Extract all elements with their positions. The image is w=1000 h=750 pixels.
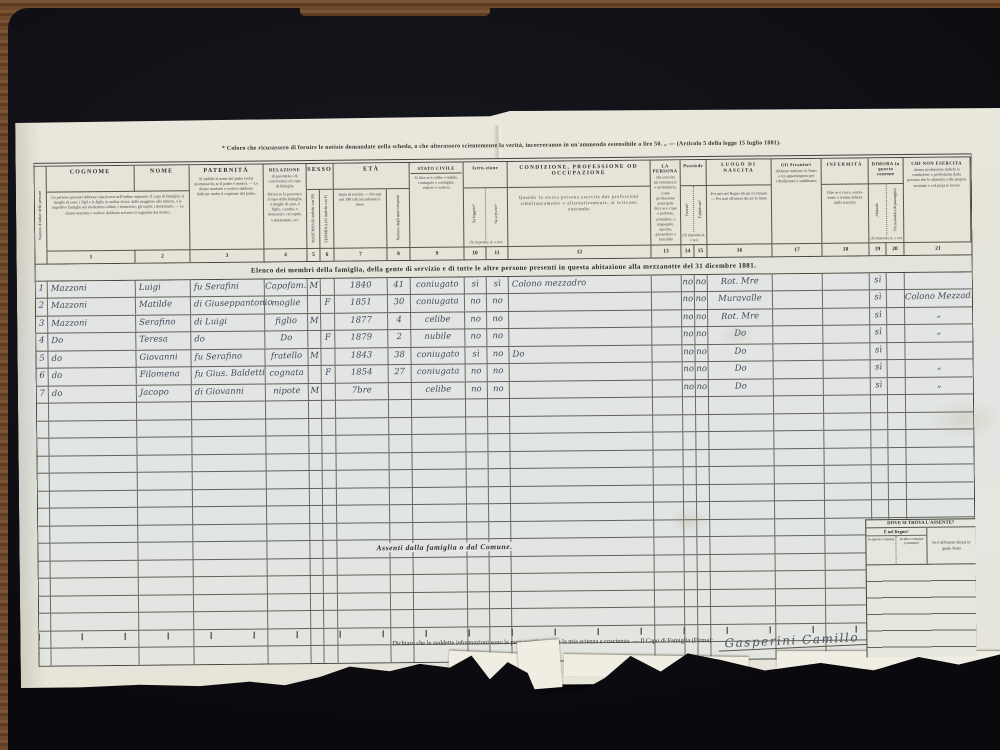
cell-f [324, 646, 338, 663]
cell-leggere: sì [465, 347, 487, 364]
cell-dim_occ [888, 448, 906, 465]
eta-anno-nascita: Anno di nascita — Pei nati nel 1881 dica… [334, 189, 388, 247]
cell-stato [413, 504, 467, 521]
sesso-title: SESSO [307, 165, 332, 174]
cell-infermita [824, 378, 871, 395]
cell-anno [337, 470, 390, 487]
cell-cognome [51, 578, 139, 595]
cell-fabbricati: no [695, 292, 708, 309]
cell-m [310, 506, 323, 523]
cell-relazione [268, 559, 311, 576]
cell-relazione [268, 611, 311, 628]
cell-f [321, 278, 335, 295]
cell-professione [511, 485, 654, 503]
colnum-21: 21 [904, 241, 971, 255]
cell-persona [652, 327, 682, 344]
col-numero-header: Numero d'ordine delle persone [35, 167, 48, 264]
cell-num [39, 649, 51, 666]
cell-num [38, 509, 50, 526]
cell-persona [654, 502, 684, 519]
cell-f [323, 506, 337, 523]
cell-luogo: Muravalle [708, 291, 773, 309]
cell-stranieri [775, 518, 825, 535]
cell-scrivere [489, 487, 511, 504]
cell-terreni: no [682, 275, 695, 292]
cell-f [322, 383, 336, 400]
cell-stato: nubile [411, 329, 465, 347]
cell-nome [138, 472, 193, 489]
cell-num [38, 526, 50, 543]
cell-m [310, 541, 323, 558]
relazione-subtitle: di parentela o di convivenza col capo di… [265, 172, 305, 190]
cell-anno [336, 400, 389, 417]
cell-terreni [685, 590, 698, 607]
cell-m [309, 366, 322, 383]
col-nome-header: NOME [135, 165, 190, 192]
cell-cognome: Do [48, 332, 136, 350]
cell-chi_non [905, 272, 972, 289]
cell-terreni [684, 502, 697, 519]
census-table: Numero d'ordine delle persone COGNOME NO… [34, 153, 977, 666]
cell-fabbricati [696, 397, 709, 414]
col-luogo-header: LUOGO DI NASCITA [707, 159, 772, 186]
cell-relazione: figlio [265, 313, 308, 330]
cell-stato [414, 609, 468, 626]
cell-infermita [824, 395, 871, 412]
cell-infermita [824, 430, 871, 447]
cell-paternita [193, 472, 267, 489]
cell-num: 7 [37, 386, 49, 403]
colnum-3: 3 [190, 248, 264, 262]
cell-anno: 1854 [336, 365, 389, 383]
dove-estero-label: Se è all'estero dicasi in quale Stato [927, 527, 975, 563]
cell-num [39, 579, 51, 596]
luogo-desc-cell: Pei nati nel Regno dicasi il comune — Pe… [707, 185, 773, 243]
cell-anno: 7bre [336, 382, 389, 400]
cell-nome [137, 420, 192, 437]
cell-paternita: fu Serafino [191, 349, 265, 367]
cell-dim_occ [888, 413, 906, 430]
cell-relazione [266, 436, 309, 453]
cell-stato: coniugato [411, 277, 465, 295]
cell-num [38, 491, 50, 508]
cell-cognome [50, 508, 138, 525]
cell-anno [338, 645, 391, 662]
cell-f [322, 453, 336, 470]
cell-chi_non: „ [905, 359, 972, 377]
cell-anno: 1851 [335, 295, 388, 313]
cell-nome: Giovanni [136, 349, 191, 367]
table-header: Numero d'ordine delle persone COGNOME NO… [35, 157, 972, 264]
sa-scrivere-cell: Sa scrivere? [486, 188, 508, 239]
colnum-5: 5 [307, 247, 320, 260]
cell-num [38, 474, 50, 491]
cell-dim_occ [888, 378, 906, 395]
cell-cognome: do [49, 367, 137, 385]
luogo-title: LUOGO DI NASCITA [708, 160, 770, 174]
cell-leggere [468, 609, 490, 626]
cell-persona [655, 572, 685, 589]
cell-scrivere [488, 434, 510, 451]
cell-num: 4 [36, 334, 48, 351]
cell-dim_ab [872, 500, 889, 517]
cell-stranieri [775, 501, 825, 518]
cell-cognome [51, 648, 139, 665]
cell-anni [389, 400, 412, 417]
cell-relazione [267, 506, 310, 523]
cell-luogo: Do [709, 361, 774, 379]
cell-luogo [710, 484, 775, 501]
cell-luogo: Do [708, 326, 773, 344]
cell-anni [391, 575, 414, 592]
cell-luogo [711, 554, 776, 571]
cell-stato [413, 522, 467, 539]
cell-fabbricati [696, 450, 709, 467]
cell-luogo: Do [708, 344, 773, 362]
cell-luogo: Rot. Mre [708, 274, 773, 292]
cell-anni [390, 470, 413, 487]
cell-stranieri [773, 326, 823, 343]
cell-professione [511, 468, 654, 486]
cell-luogo [709, 414, 774, 431]
cell-dim_ab [871, 413, 888, 430]
cell-terreni: no [682, 292, 695, 309]
cell-leggere [466, 399, 488, 416]
cell-terreni: no [682, 345, 695, 362]
cell-scrivere: no [487, 329, 509, 346]
cell-persona [655, 555, 685, 572]
cell-f [324, 611, 338, 628]
dimora-sublabels: Abituale Occasionale (di passaggio) (Si … [869, 184, 905, 242]
cell-stato [414, 574, 468, 591]
cell-scrivere: no [487, 346, 509, 363]
col-stranieri-header: Gli Stranieridebbono indicare lo Stato a… [772, 159, 823, 243]
penalty-note: * Coloro che ricusassero di fornire le n… [33, 138, 969, 153]
cell-scrivere [489, 504, 511, 521]
dove-box-ruled-lines [867, 564, 977, 657]
cell-persona [653, 397, 683, 414]
cell-infermita [823, 325, 870, 342]
cell-stato [412, 399, 466, 416]
cell-dim_occ [887, 290, 905, 307]
cell-cognome [50, 490, 138, 507]
occasionale-cell: Occasionale (di passaggio) [886, 184, 903, 235]
dove-in-questo-comune: in questo comune [866, 536, 897, 564]
absent-location-box: DOVE SI TROVA L'ASSENTE? È nel Regno? in… [865, 518, 976, 657]
cell-paternita: do [191, 331, 265, 349]
cell-chi_non [906, 412, 973, 429]
cell-m [310, 523, 323, 540]
cell-m [310, 488, 323, 505]
cell-dim_occ [888, 360, 906, 377]
cell-nome [138, 490, 193, 507]
cell-stranieri [774, 378, 824, 395]
cell-persona [652, 345, 682, 362]
cell-f: F [321, 331, 335, 348]
cell-chi_non [907, 482, 974, 499]
cell-stranieri [775, 483, 825, 500]
cell-infermita [825, 465, 872, 482]
cell-stranieri [776, 571, 826, 588]
cell-stranieri [773, 291, 823, 308]
cell-fabbricati: no [695, 344, 708, 361]
cell-relazione: Do [265, 331, 308, 348]
cell-stato: coniugato [411, 347, 465, 365]
cell-nome: Luigi [136, 279, 191, 297]
cell-professione [510, 380, 653, 398]
abituale-vertical-label: Abituale [875, 203, 880, 217]
cell-paternita [194, 611, 268, 628]
cell-num: 1 [36, 281, 48, 298]
cell-scrivere [489, 469, 511, 486]
cell-dim_ab: sì [870, 273, 887, 290]
cell-num [39, 596, 51, 613]
cell-num: 3 [36, 316, 48, 333]
cell-chi_non: „ [905, 307, 972, 325]
cell-num [37, 439, 49, 456]
cell-luogo [711, 606, 776, 623]
cell-stato [412, 417, 466, 434]
cell-fabbricati: no [696, 379, 709, 396]
anno-nascita-label: Anno di nascita — Pei nati nel 1881 dica… [335, 190, 385, 208]
cell-terreni: no [682, 327, 695, 344]
cell-stranieri [776, 553, 826, 570]
cell-scrivere [490, 574, 512, 591]
cell-relazione [267, 471, 310, 488]
cell-cognome [50, 543, 138, 560]
cell-anno: 1877 [335, 312, 388, 330]
cell-leggere: sì [465, 277, 487, 294]
colnum-6: 6 [320, 247, 334, 260]
cell-anno [338, 575, 391, 592]
cell-num [39, 561, 51, 578]
cell-paternita [194, 646, 268, 663]
cell-anno [337, 505, 390, 522]
cell-f [323, 488, 337, 505]
cell-stato [412, 452, 466, 469]
cell-stranieri [773, 343, 823, 360]
nome-title: NOME [150, 166, 174, 175]
cell-stato: celibe [411, 312, 465, 330]
cell-dim_ab [871, 395, 888, 412]
cell-stranieri [774, 431, 824, 448]
cell-dim_occ [887, 308, 905, 325]
cell-fabbricati [697, 485, 710, 502]
cell-relazione [268, 576, 311, 593]
cell-m [311, 576, 324, 593]
assenti-section-title: Assenti dalla famiglia o dal Comune. [368, 541, 520, 552]
cell-num: 5 [36, 351, 48, 368]
cell-professione [509, 310, 652, 328]
cell-cognome [50, 455, 138, 472]
possiede-foot: (Si risponda sì, o no) [681, 232, 706, 243]
sesso-maschio: MASCHIO (Si indichi con M) [307, 190, 321, 248]
cell-anno [337, 523, 390, 540]
cell-anni [391, 610, 414, 627]
cell-relazione [267, 524, 310, 541]
cell-num [38, 456, 50, 473]
cell-anni [389, 418, 412, 435]
cell-stranieri [774, 361, 824, 378]
cell-nome [137, 402, 192, 419]
cell-luogo [710, 519, 775, 536]
cell-f: F [321, 296, 335, 313]
cell-scrivere [490, 557, 512, 574]
cell-paternita [192, 419, 266, 436]
colnum-19: 19 [869, 242, 886, 255]
cell-leggere [468, 557, 490, 574]
cell-nome: Serafino [136, 314, 191, 332]
cell-stato: coniugata [412, 364, 466, 382]
cell-relazione: moglie [265, 296, 308, 313]
cognome-title: COGNOME [70, 167, 111, 176]
cell-scrivere [490, 592, 512, 609]
cell-scrivere: no [488, 381, 510, 398]
colnum-16: 16 [707, 243, 772, 257]
cell-luogo [709, 449, 774, 466]
infermita-desc: Dire se è cieco, sordo-muto o cretino (i… [823, 185, 867, 206]
cell-scrivere [488, 452, 510, 469]
cell-leggere: no [466, 382, 488, 399]
cell-leggere [468, 574, 490, 591]
cell-f [323, 471, 337, 488]
cell-terreni [683, 415, 696, 432]
cell-nome [138, 525, 193, 542]
occasionale-vertical-label: Occasionale (di passaggio) [892, 188, 897, 231]
cell-dim_occ [889, 483, 907, 500]
colnum-2: 2 [135, 249, 190, 263]
cell-terreni: no [683, 362, 696, 379]
cell-professione [510, 450, 653, 468]
cell-cognome [51, 560, 139, 577]
fabbricati-vertical-label: Fabbricati? [698, 200, 703, 218]
cell-anni [391, 558, 414, 575]
cell-cognome: Mazzoni [48, 315, 136, 333]
maschio-vertical-label: MASCHIO (Si indichi con M) [311, 194, 316, 243]
cell-persona [652, 310, 682, 327]
cell-cognome: Mazzoni [48, 297, 136, 315]
cell-anni [389, 435, 412, 452]
cell-paternita [193, 541, 267, 558]
cell-leggere: no [465, 294, 487, 311]
cell-m: M [308, 313, 321, 330]
cell-relazione: fratello [265, 348, 308, 365]
cell-luogo [711, 571, 776, 588]
cell-dim_ab: sì [871, 378, 888, 395]
cell-dim_ab [871, 448, 888, 465]
cell-persona [655, 607, 685, 624]
cell-anno [337, 488, 390, 505]
cell-relazione: nipote [266, 383, 309, 400]
cell-f [321, 348, 335, 365]
cell-stato [413, 469, 467, 486]
colnum-9: 9 [410, 246, 464, 260]
colnum-10: 10 [464, 246, 486, 259]
cell-num: 6 [37, 369, 49, 386]
cell-f [322, 418, 336, 435]
cell-num [38, 544, 50, 561]
cell-infermita [825, 500, 872, 517]
cell-stranieri [774, 413, 824, 430]
cell-anni [389, 383, 412, 400]
cell-nome: Filomena [137, 367, 192, 385]
cell-nome: Jacopo [137, 384, 192, 402]
possiede-title: Possiede [683, 161, 703, 168]
cell-stranieri [773, 273, 823, 290]
cell-nome [138, 455, 193, 472]
cell-cognome: do [48, 350, 136, 368]
cell-m [309, 401, 322, 418]
cell-professione [510, 415, 653, 433]
cell-stato [413, 487, 467, 504]
cell-cognome [51, 595, 139, 612]
paternita-desc: Si indichi il nome del padre (colla prem… [191, 174, 262, 197]
cell-terreni: no [683, 380, 696, 397]
cell-cognome [51, 613, 139, 630]
cell-f [324, 593, 338, 610]
cell-luogo: Rot. Mre [708, 309, 773, 327]
cell-terreni [685, 572, 698, 589]
cell-nome: Matilde [136, 297, 191, 315]
cell-stranieri [776, 588, 826, 605]
col-istruzione-header: Istru-zione [464, 162, 508, 188]
cell-terreni [684, 537, 697, 554]
numero-vertical-label: Numero d'ordine delle persone [38, 190, 43, 239]
cell-anno: 1843 [335, 347, 388, 365]
cell-anno [338, 593, 391, 610]
cell-chi_non [907, 464, 974, 481]
photo-scene: * Coloro che ricusassero di fornire le n… [0, 0, 1000, 750]
cell-f [323, 541, 337, 558]
cell-num [37, 404, 49, 421]
cell-relazione [267, 489, 310, 506]
cell-dim_occ [889, 465, 907, 482]
col-chi-non-esercita-header: CHI NON ESERCITAalcuna professione indic… [904, 157, 972, 241]
cell-nome [139, 612, 194, 629]
cell-persona [654, 537, 684, 554]
cognome-nome-desc: Le persone presenti debbono inscriversi … [47, 191, 191, 250]
cell-persona [652, 275, 682, 292]
cell-terreni [684, 485, 697, 502]
cell-stranieri [775, 466, 825, 483]
cell-leggere: no [465, 329, 487, 346]
cell-paternita [193, 524, 267, 541]
chi-non-esercita-desc: alcuna professione indichi la condizione… [905, 165, 969, 188]
cell-leggere [468, 592, 490, 609]
cell-f: F [322, 366, 336, 383]
cell-dim_occ [887, 273, 905, 290]
cell-leggere: no [465, 312, 487, 329]
cell-relazione [266, 401, 309, 418]
infermita-title: INFERMITÀ [827, 159, 863, 166]
cell-cognome: Mazzoni [48, 280, 136, 298]
cell-m [311, 611, 324, 628]
cell-stranieri [774, 396, 824, 413]
cell-m [311, 558, 324, 575]
cell-paternita [193, 489, 267, 506]
cell-m [309, 453, 322, 470]
cell-relazione [268, 646, 311, 663]
cell-num: 2 [36, 299, 48, 316]
cell-anni [390, 505, 413, 522]
cell-terreni: no [682, 310, 695, 327]
cell-f [324, 576, 338, 593]
cell-dim_ab: sì [870, 308, 887, 325]
cell-relazione [267, 541, 310, 558]
cell-leggere [466, 417, 488, 434]
cell-anni: 41 [388, 277, 411, 294]
cell-nome [137, 437, 192, 454]
